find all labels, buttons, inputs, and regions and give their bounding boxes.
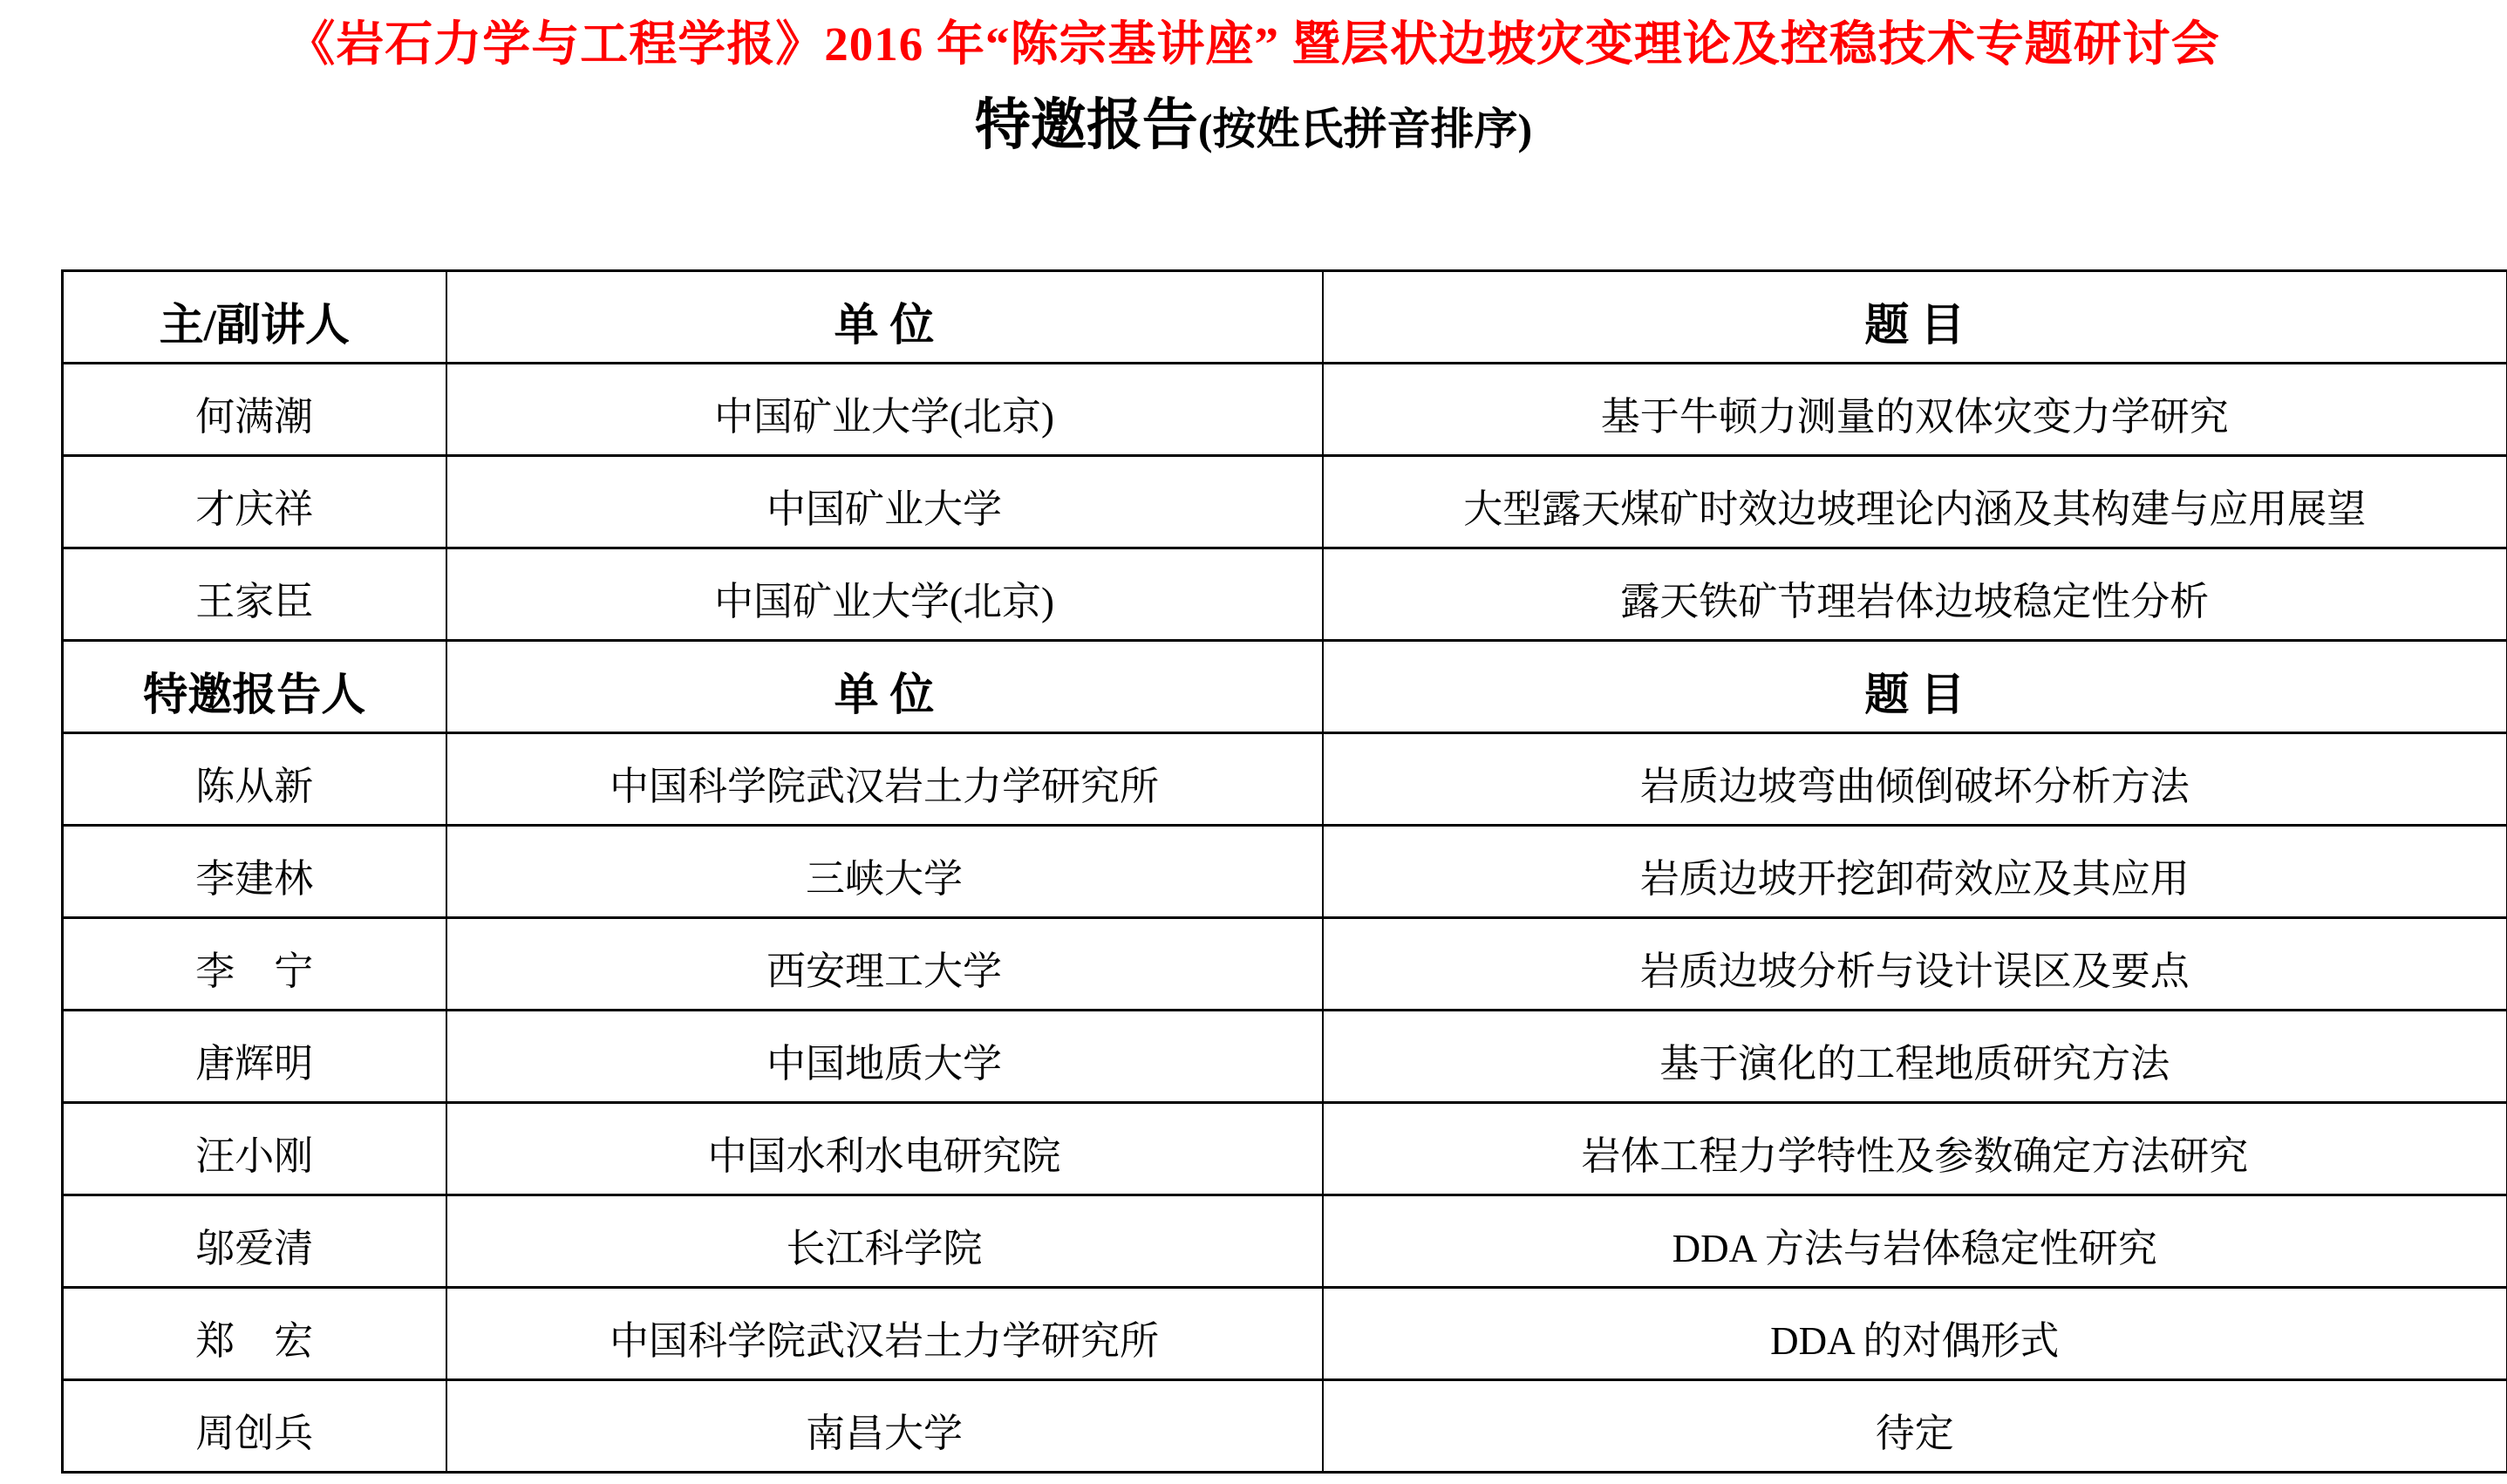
speaker-cell: 李 宁 — [63, 918, 446, 1011]
header-speaker: 主/副讲人 — [63, 271, 446, 364]
affiliation-cell: 中国水利水电研究院 — [446, 1103, 1323, 1195]
affiliation-cell: 中国矿业大学(北京) — [446, 548, 1323, 641]
affiliation-cell: 中国科学院武汉岩土力学研究所 — [446, 733, 1323, 826]
page-subtitle: 特邀报告(按姓氏拼音排序) — [0, 94, 2507, 172]
affiliation-cell: 西安理工大学 — [446, 918, 1323, 1011]
table-row: 邬爱清 长江科学院 DDA 方法与岩体稳定性研究 — [63, 1195, 2507, 1288]
title-cell: 岩质边坡分析与设计误区及要点 — [1323, 918, 2507, 1011]
affiliation-cell: 长江科学院 — [446, 1195, 1323, 1288]
title-cell: DDA 方法与岩体稳定性研究 — [1323, 1195, 2507, 1288]
title-cell: 基于演化的工程地质研究方法 — [1323, 1011, 2507, 1103]
title-cell: DDA 的对偶形式 — [1323, 1288, 2507, 1380]
speaker-cell: 何满潮 — [63, 364, 446, 456]
title-cell: 基于牛顿力测量的双体灾变力学研究 — [1323, 364, 2507, 456]
table-row: 汪小刚 中国水利水电研究院 岩体工程力学特性及参数确定方法研究 — [63, 1103, 2507, 1195]
document-page: 《岩石力学与工程学报》2016 年“陈宗基讲座” 暨层状边坡灾变理论及控稳技术专… — [0, 17, 2507, 1474]
header-affiliation: 单 位 — [446, 271, 1323, 364]
title-cell: 大型露天煤矿时效边坡理论内涵及其构建与应用展望 — [1323, 456, 2507, 548]
speaker-cell: 邬爱清 — [63, 1195, 446, 1288]
speaker-cell: 郑 宏 — [63, 1288, 446, 1380]
title-cell: 露天铁矿节理岩体边坡稳定性分析 — [1323, 548, 2507, 641]
header-speaker: 特邀报告人 — [63, 641, 446, 733]
title-cell: 岩质边坡弯曲倾倒破坏分析方法 — [1323, 733, 2507, 826]
subtitle-text: 特邀报告 — [975, 94, 1198, 156]
table-row: 唐辉明 中国地质大学 基于演化的工程地质研究方法 — [63, 1011, 2507, 1103]
table-row: 郑 宏 中国科学院武汉岩土力学研究所 DDA 的对偶形式 — [63, 1288, 2507, 1380]
affiliation-cell: 三峡大学 — [446, 826, 1323, 918]
speaker-cell: 周创兵 — [63, 1380, 446, 1473]
table-row: 陈从新 中国科学院武汉岩土力学研究所 岩质边坡弯曲倾倒破坏分析方法 — [63, 733, 2507, 826]
affiliation-cell: 中国地质大学 — [446, 1011, 1323, 1103]
speaker-cell: 才庆祥 — [63, 456, 446, 548]
table-row: 李 宁 西安理工大学 岩质边坡分析与设计误区及要点 — [63, 918, 2507, 1011]
affiliation-cell: 南昌大学 — [446, 1380, 1323, 1473]
invited-reports-table: 主/副讲人 单 位 题 目 何满潮 中国矿业大学(北京) 基于牛顿力测量的双体灾… — [61, 269, 2507, 1474]
table-row: 王家臣 中国矿业大学(北京) 露天铁矿节理岩体边坡稳定性分析 — [63, 548, 2507, 641]
title-cell: 岩质边坡开挖卸荷效应及其应用 — [1323, 826, 2507, 918]
title-cell: 岩体工程力学特性及参数确定方法研究 — [1323, 1103, 2507, 1195]
speaker-cell: 唐辉明 — [63, 1011, 446, 1103]
title-cell: 待定 — [1323, 1380, 2507, 1473]
header-title: 题 目 — [1323, 641, 2507, 733]
speaker-cell: 汪小刚 — [63, 1103, 446, 1195]
header-affiliation: 单 位 — [446, 641, 1323, 733]
speaker-cell: 陈从新 — [63, 733, 446, 826]
affiliation-cell: 中国科学院武汉岩土力学研究所 — [446, 1288, 1323, 1380]
table-row: 才庆祥 中国矿业大学 大型露天煤矿时效边坡理论内涵及其构建与应用展望 — [63, 456, 2507, 548]
table-row: 周创兵 南昌大学 待定 — [63, 1380, 2507, 1473]
page-title: 《岩石力学与工程学报》2016 年“陈宗基讲座” 暨层状边坡灾变理论及控稳技术专… — [0, 17, 2507, 71]
table-row: 何满潮 中国矿业大学(北京) 基于牛顿力测量的双体灾变力学研究 — [63, 364, 2507, 456]
header-row-invited: 特邀报告人 单 位 题 目 — [63, 641, 2507, 733]
speaker-cell: 王家臣 — [63, 548, 446, 641]
header-row-keynote: 主/副讲人 单 位 题 目 — [63, 271, 2507, 364]
subtitle-note: (按姓氏拼音排序) — [1198, 105, 1532, 153]
speaker-cell: 李建林 — [63, 826, 446, 918]
affiliation-cell: 中国矿业大学 — [446, 456, 1323, 548]
table-row: 李建林 三峡大学 岩质边坡开挖卸荷效应及其应用 — [63, 826, 2507, 918]
header-title: 题 目 — [1323, 271, 2507, 364]
affiliation-cell: 中国矿业大学(北京) — [446, 364, 1323, 456]
